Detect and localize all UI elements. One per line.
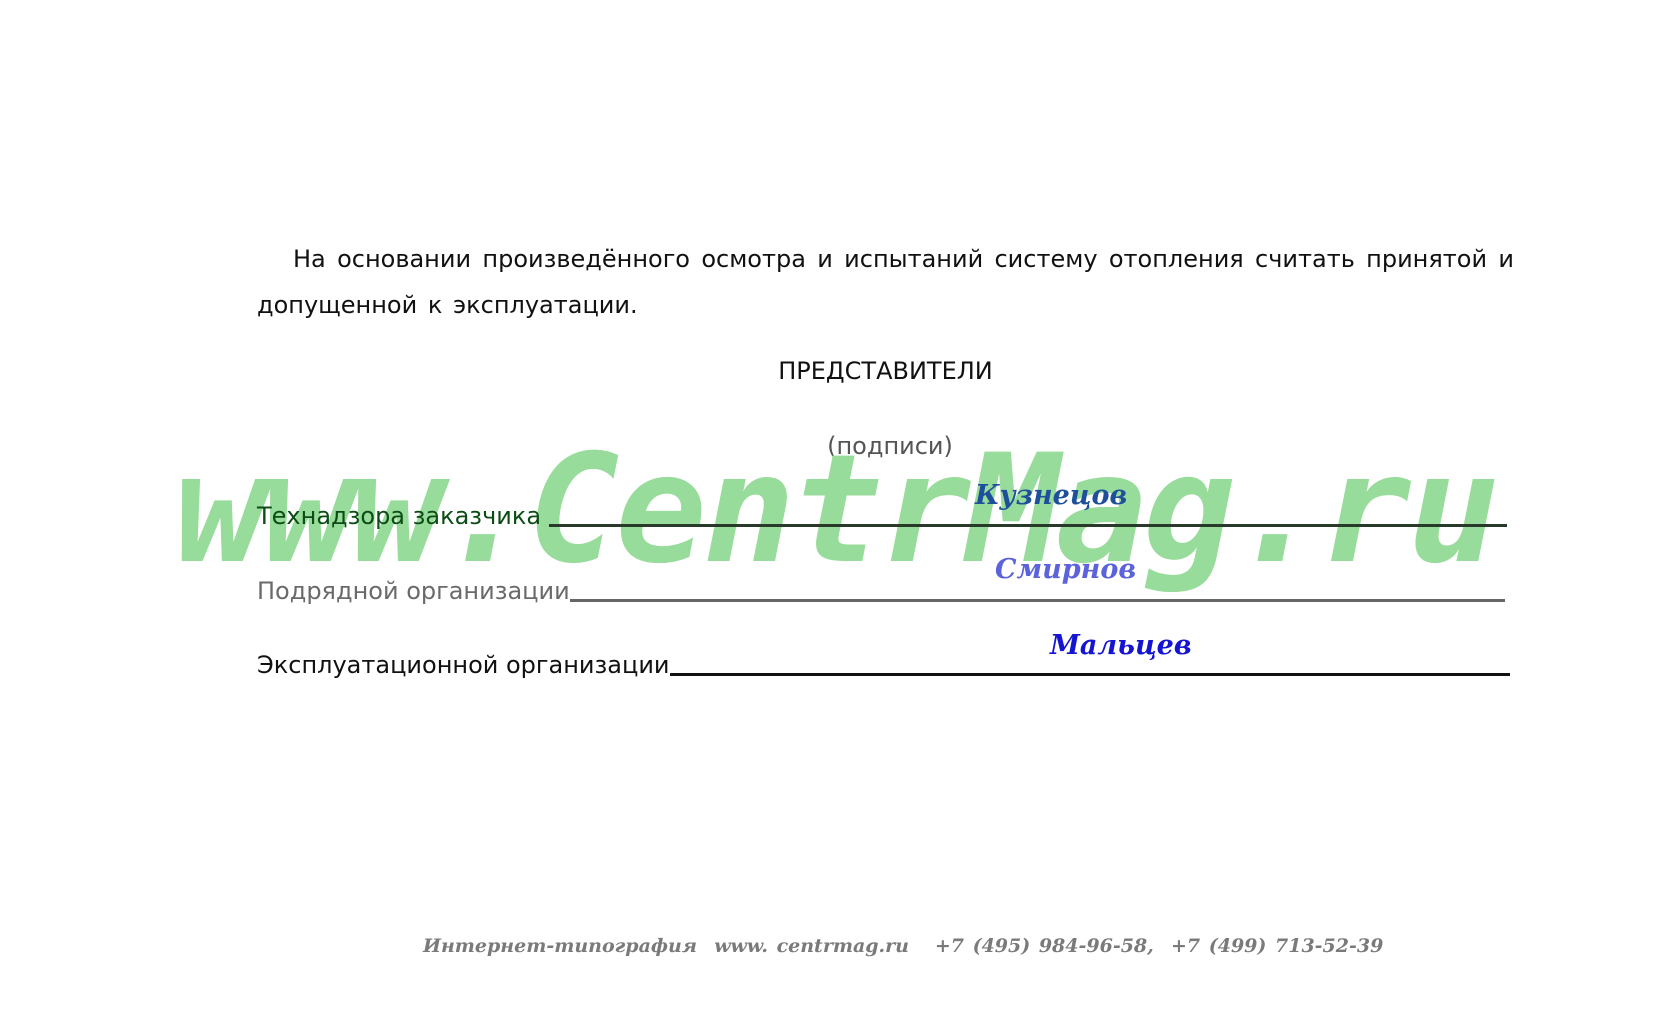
- signature-line: [670, 673, 1510, 676]
- signature-line: [570, 599, 1505, 602]
- signature-kuznetsov: Кузнецов: [975, 480, 1127, 511]
- signature-row-label: Эксплуатационной организации: [257, 651, 670, 679]
- signature-row-contractor: Подрядной организации: [257, 571, 1505, 605]
- document-page: На основании произведённого осмотра и ис…: [0, 0, 1654, 1033]
- signature-row-operating-organization: Эксплуатационной организации: [257, 645, 1510, 679]
- signature-row-technical-supervision: Технадзора заказчика: [257, 496, 1507, 530]
- representatives-heading: ПРЕДСТАВИТЕЛИ: [0, 357, 1654, 385]
- signature-row-label: Подрядной организации: [257, 577, 570, 605]
- signature-smirnov: Смирнов: [995, 554, 1136, 585]
- printer-footer: Интернет-типография www. centrmag.ru +7 …: [423, 935, 1383, 957]
- conclusion-paragraph: На основании произведённого осмотра и ис…: [257, 236, 1514, 328]
- signature-row-label: Технадзора заказчика: [257, 502, 541, 530]
- signature-line: [549, 524, 1507, 527]
- conclusion-text: На основании произведённого осмотра и ис…: [257, 245, 1514, 319]
- signature-maltsev: Мальцев: [1050, 630, 1192, 661]
